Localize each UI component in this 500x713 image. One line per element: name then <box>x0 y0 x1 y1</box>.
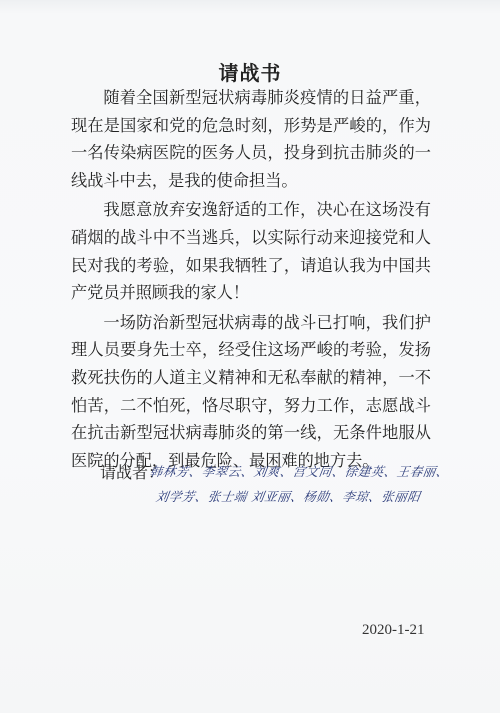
handwritten-signatures-line-2: 刘学芳、张士端 刘亚丽、杨勋、李琼、张丽阳 <box>155 487 422 505</box>
paragraph-3: 一场防治新型冠状病毒的战斗已打响，我们护理人员要身先士卒，经受住这场严峻的考验，… <box>71 309 431 475</box>
handwritten-signatures-line-1: 韩林芳、李翠云、刘爽、宫文同、徐建英、王春丽、 <box>149 462 451 480</box>
paragraph-1: 随着全国新型冠状病毒肺炎疫情的日益严重，现在是国家和党的危急时刻，形势是严峻的，… <box>71 84 431 194</box>
document-title: 请战书 <box>0 57 500 86</box>
letter-body: 随着全国新型冠状病毒肺炎疫情的日益严重，现在是国家和党的危急时刻，形势是严峻的，… <box>71 84 431 474</box>
paragraph-2: 我愿意放弃安逸舒适的工作，决心在这场没有硝烟的战斗中不当逃兵，以实际行动来迎接党… <box>71 196 431 306</box>
document-date: 2020-1-21 <box>362 622 425 639</box>
